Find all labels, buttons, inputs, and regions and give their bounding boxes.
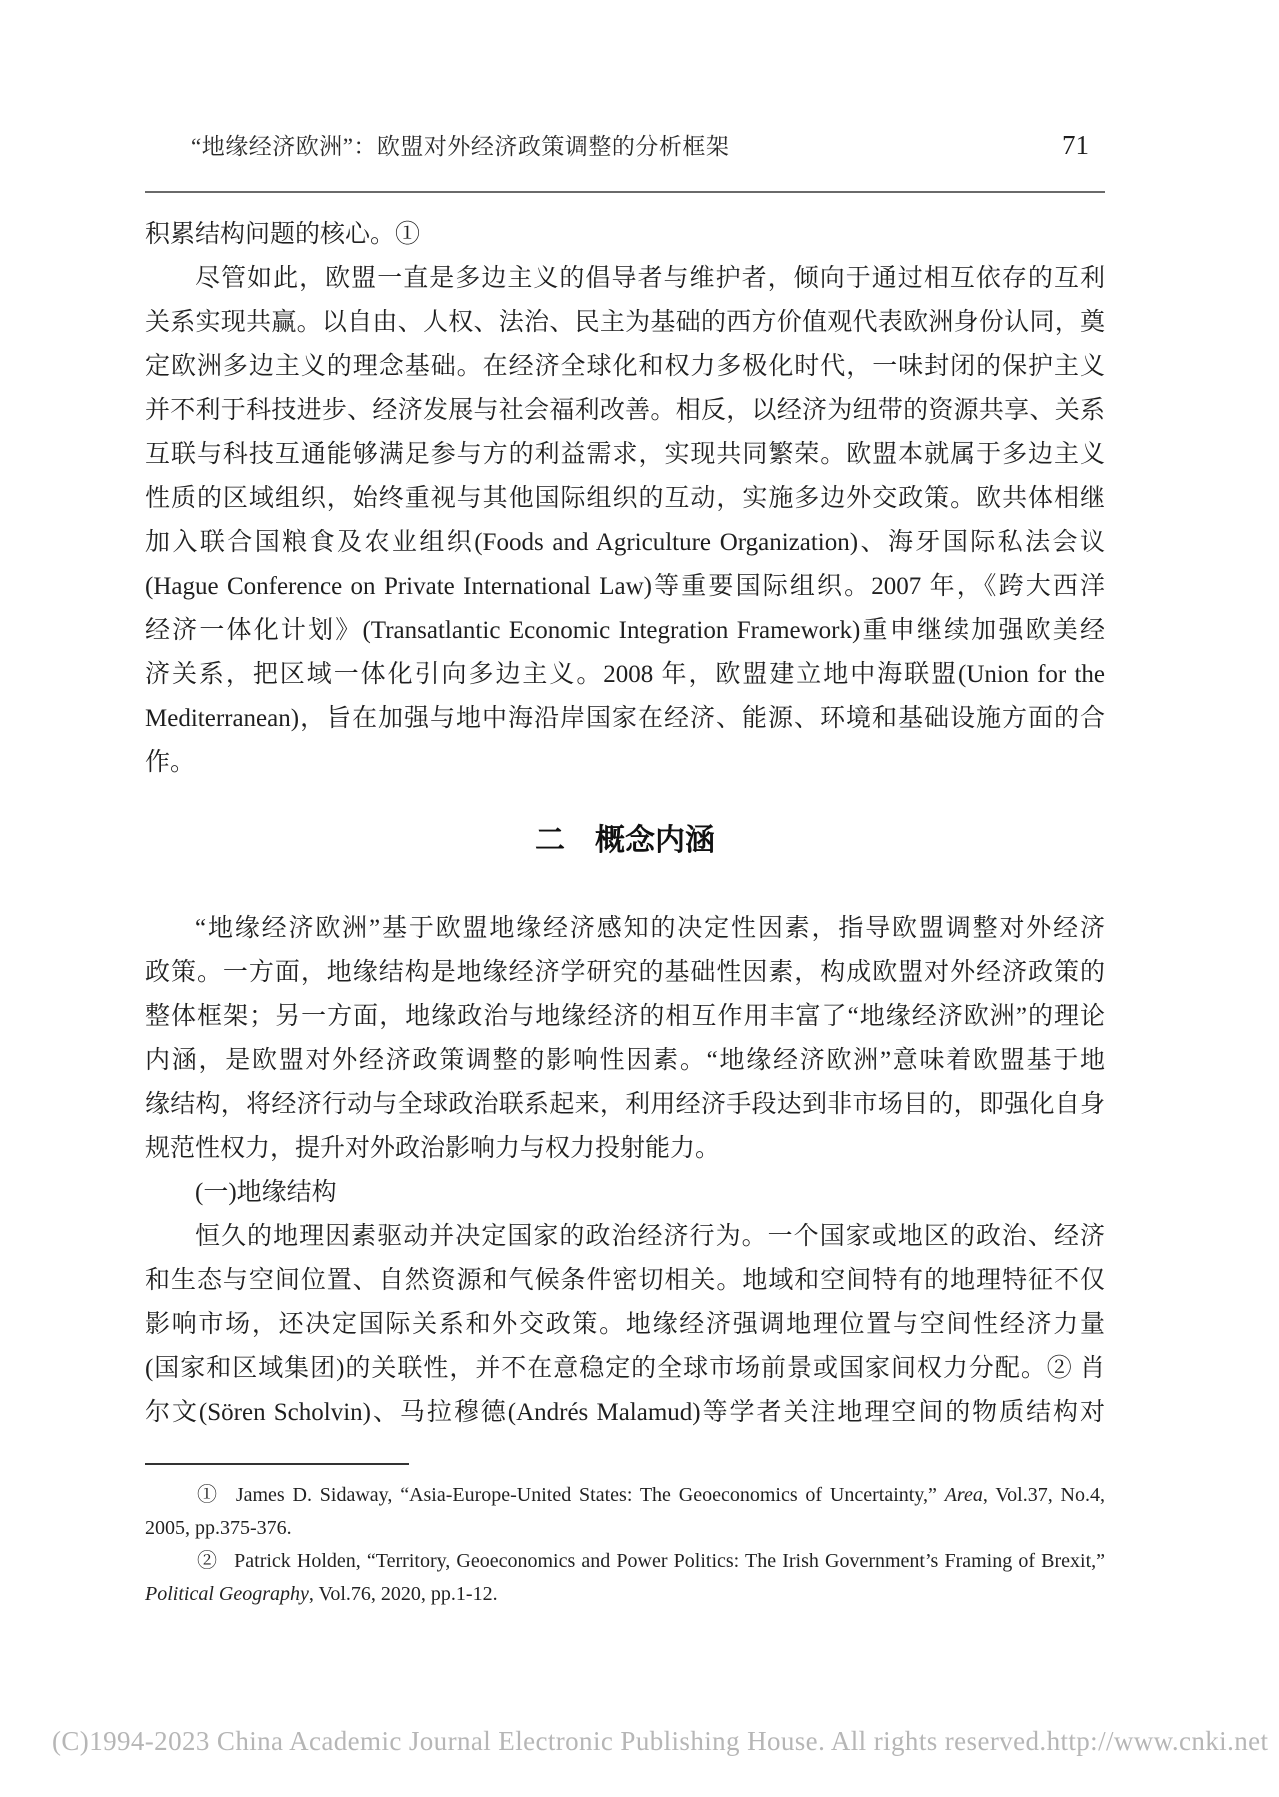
text-line: 政策。一方面，地缘结构是地缘经济学研究的基础性因素，构成欧盟对外经济政策的: [145, 951, 1105, 995]
text-line: 规范性权力，提升对外政治影响力与权力投射能力。: [145, 1127, 1105, 1171]
footnote-1-journal: Area: [945, 1484, 983, 1506]
text-line: 性质的区域组织，始终重视与其他国际组织的互动，实施多边外交政策。欧共体相继: [145, 477, 1105, 521]
paragraph-1: 积累结构问题的核心。① 尽管如此，欧盟一直是多边主义的倡导者与维护者，倾向于通过…: [145, 213, 1105, 785]
section-heading: 二 概念内涵: [145, 819, 1105, 863]
text-line: 作。: [145, 741, 1105, 785]
footnote-2-text: Patrick Holden, “Territory, Geoeconomics…: [234, 1550, 1105, 1572]
text-line: 积累结构问题的核心。①: [145, 213, 1105, 257]
cnki-url: http://www.cnki.net: [1047, 1726, 1269, 1757]
text-line: 缘结构，将经济行动与全球政治联系起来，利用经济手段达到非市场目的，即强化自身: [145, 1083, 1105, 1127]
footnote-2-marker: ②: [197, 1550, 218, 1572]
text-line: 和生态与空间位置、自然资源和气候条件密切相关。地域和空间特有的地理特征不仅: [145, 1259, 1105, 1303]
footnote-1-line-1: ①James D. Sidaway, “Asia-Europe-United S…: [145, 1479, 1105, 1512]
copyright-text: (C)1994-2023 China Academic Journal Elec…: [52, 1726, 1047, 1757]
text-line: (Hague Conference on Private Internation…: [145, 565, 1105, 609]
paragraph-2: “地缘经济欧洲”基于欧盟地缘经济感知的决定性因素，指导欧盟调整对外经济 政策。一…: [145, 907, 1105, 1171]
page-number: 71: [1062, 130, 1105, 161]
footnote-2-line-2: Political Geography, Vol.76, 2020, pp.1-…: [145, 1578, 1105, 1611]
footnote-1-marker: ①: [197, 1484, 220, 1506]
text-line: 并不利于科技进步、经济发展与社会福利改善。相反，以经济为纽带的资源共享、关系: [145, 389, 1105, 433]
text-line: 影响市场，还决定国际关系和外交政策。地缘经济强调地理位置与空间性经济力量: [145, 1303, 1105, 1347]
footnote-rule: [145, 1463, 409, 1465]
header-rule: [145, 191, 1105, 193]
footnote-1-line-2: 2005, pp.375-376.: [145, 1512, 1105, 1545]
journal-page: “地缘经济欧洲”：欧盟对外经济政策调整的分析框架 71 积累结构问题的核心。① …: [0, 0, 1279, 1797]
footnote-1-text-after: , Vol.37, No.4,: [983, 1484, 1105, 1506]
cnki-watermark: (C)1994-2023 China Academic Journal Elec…: [52, 1726, 1233, 1757]
footnote-2-line-1: ②Patrick Holden, “Territory, Geoeconomic…: [145, 1545, 1105, 1578]
text-line: 关系实现共赢。以自由、人权、法治、民主为基础的西方价值观代表欧洲身份认同，奠: [145, 301, 1105, 345]
footnotes: ①James D. Sidaway, “Asia-Europe-United S…: [145, 1479, 1105, 1611]
text-line: 济关系，把区域一体化引向多边主义。2008 年，欧盟建立地中海联盟(Union …: [145, 653, 1105, 697]
footnote-2-text-after: , Vol.76, 2020, pp.1-12.: [309, 1583, 498, 1605]
page-content: “地缘经济欧洲”：欧盟对外经济政策调整的分析框架 71 积累结构问题的核心。① …: [145, 0, 1105, 1611]
text-line: 尔文(Sören Scholvin)、马拉穆德(Andrés Malamud)等…: [145, 1391, 1105, 1435]
text-line: 恒久的地理因素驱动并决定国家的政治经济行为。一个国家或地区的政治、经济: [145, 1215, 1105, 1259]
text-line: Mediterranean)，旨在加强与地中海沿岸国家在经济、能源、环境和基础设…: [145, 697, 1105, 741]
text-line: 尽管如此，欧盟一直是多边主义的倡导者与维护者，倾向于通过相互依存的互利: [145, 257, 1105, 301]
text-line: 整体框架；另一方面，地缘政治与地缘经济的相互作用丰富了“地缘经济欧洲”的理论: [145, 995, 1105, 1039]
page-header: “地缘经济欧洲”：欧盟对外经济政策调整的分析框架 71: [145, 0, 1105, 161]
subsection-heading: (一)地缘结构: [145, 1171, 1105, 1215]
text-line: 内涵，是欧盟对外经济政策调整的影响性因素。“地缘经济欧洲”意味着欧盟基于地: [145, 1039, 1105, 1083]
running-title: “地缘经济欧洲”：欧盟对外经济政策调整的分析框架: [145, 128, 729, 161]
text-line: (国家和区域集团)的关联性，并不在意稳定的全球市场前景或国家间权力分配。② 肖: [145, 1347, 1105, 1391]
text-line: “地缘经济欧洲”基于欧盟地缘经济感知的决定性因素，指导欧盟调整对外经济: [145, 907, 1105, 951]
text-line: 经济一体化计划》(Transatlantic Economic Integrat…: [145, 609, 1105, 653]
footnote-2-journal: Political Geography: [145, 1583, 309, 1605]
text-line: 加入联合国粮食及农业组织(Foods and Agriculture Organ…: [145, 521, 1105, 565]
footnote-1-text: James D. Sidaway, “Asia-Europe-United St…: [236, 1484, 945, 1506]
text-line: 互联与科技互通能够满足参与方的利益需求，实现共同繁荣。欧盟本就属于多边主义: [145, 433, 1105, 477]
paragraph-3: 恒久的地理因素驱动并决定国家的政治经济行为。一个国家或地区的政治、经济 和生态与…: [145, 1215, 1105, 1435]
text-line: 定欧洲多边主义的理念基础。在经济全球化和权力多极化时代，一味封闭的保护主义: [145, 345, 1105, 389]
